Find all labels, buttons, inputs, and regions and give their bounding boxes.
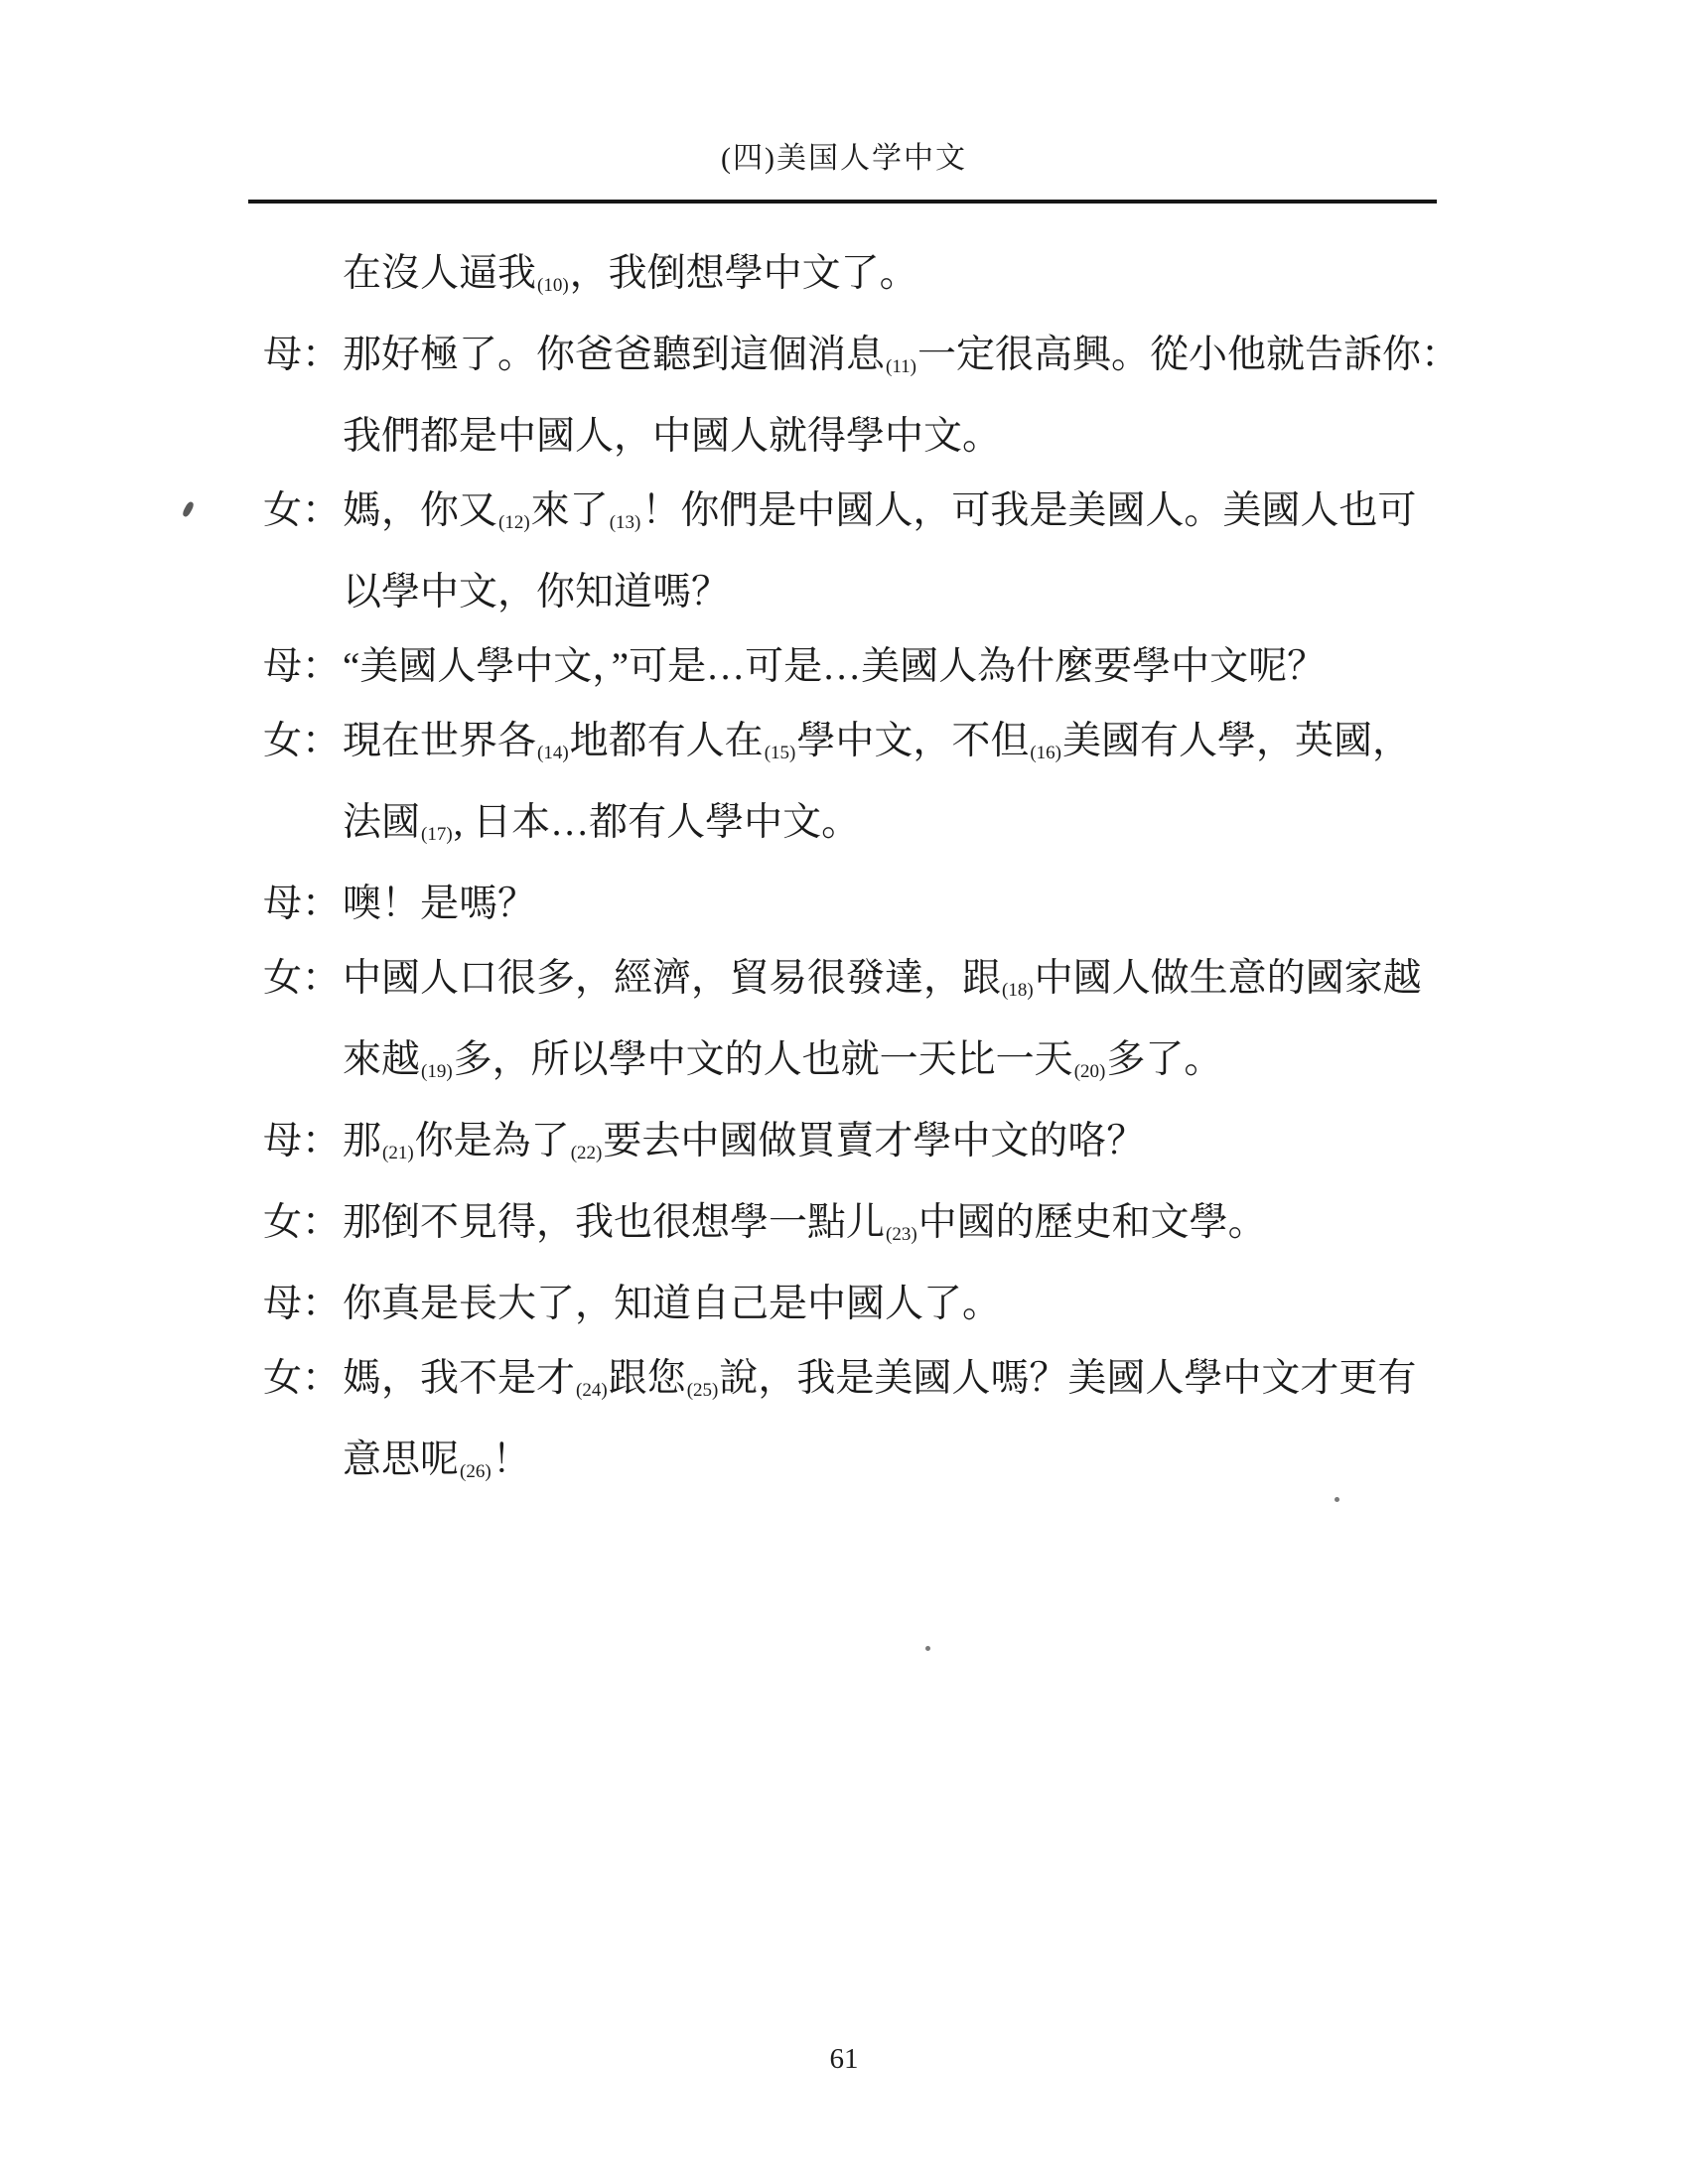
footnote-ref: (19) [420,1061,454,1082]
dialogue-lines: “美國人學中文，”可是…可是…美國人為什麼要學中文呢？ [343,629,1475,704]
dialogue-lines: 在沒人逼我(10)，我倒想學中文了。 [343,236,1475,318]
footnote-ref: (20) [1073,1061,1107,1082]
dialogue-line: 媽，你又(12)來了(13)！你們是中國人，可我是美國人。美國人也可 [343,474,1475,555]
dialogue-line: 噢！是嗎？ [343,867,1475,941]
dialogue-entry: 母：“美國人學中文，”可是…可是…美國人為什麼要學中文呢？ [263,629,1475,704]
header-divider [248,200,1437,204]
dialogue-line: 意思呢(26)！ [343,1423,1475,1504]
speaker-label: 母： [263,867,343,941]
footnote-ref: (16) [1029,743,1062,763]
dialogue-lines: 你真是長大了，知道自己是中國人了。 [343,1267,1475,1341]
speaker-label: 母： [263,629,343,704]
dialogue-body: 在沒人逼我(10)，我倒想學中文了。母：那好極了。你爸爸聽到這個消息(11)一定… [263,236,1475,1504]
speaker-label: 母： [263,318,343,392]
footnote-ref: (17) [420,824,454,845]
dialogue-line: 媽，我不是才(24)跟您(25)說，我是美國人嗎？美國人學中文才更有 [343,1341,1475,1423]
dialogue-lines: 那好極了。你爸爸聽到這個消息(11)一定很高興。從小他就告訴你：我們都是中國人，… [343,318,1475,474]
speaker-label: 女： [263,941,343,1016]
scan-speck [1335,1497,1339,1502]
footnote-ref: (13) [609,512,642,533]
dialogue-line: 那好極了。你爸爸聽到這個消息(11)一定很高興。從小他就告訴你： [343,318,1475,399]
dialogue-entry: 女：媽，我不是才(24)跟您(25)說，我是美國人嗎？美國人學中文才更有意思呢(… [263,1341,1475,1504]
footnote-ref: (22) [570,1143,604,1163]
footnote-ref: (10) [536,275,570,296]
dialogue-entry: 母：你真是長大了，知道自己是中國人了。 [263,1267,1475,1341]
dialogue-line: 現在世界各(14)地都有人在(15)學中文，不但(16)美國有人學，英國， [343,704,1475,785]
dialogue-line: 中國人口很多，經濟，貿易很發達，跟(18)中國人做生意的國家越 [343,941,1475,1023]
dialogue-line: 在沒人逼我(10)，我倒想學中文了。 [343,236,1475,318]
dialogue-entry: 女：那倒不見得，我也很想學一點儿(23)中國的歷史和文學。 [263,1185,1475,1267]
footnote-ref: (12) [497,512,531,533]
dialogue-entry: 母：那(21)你是為了(22)要去中國做買賣才學中文的咯？ [263,1104,1475,1185]
dialogue-lines: 那(21)你是為了(22)要去中國做買賣才學中文的咯？ [343,1104,1475,1185]
dialogue-entry: 在沒人逼我(10)，我倒想學中文了。 [263,236,1475,318]
dialogue-lines: 媽，你又(12)來了(13)！你們是中國人，可我是美國人。美國人也可以學中文，你… [343,474,1475,629]
speaker-label: 女： [263,1341,343,1416]
footnote-ref: (23) [885,1224,918,1245]
footnote-ref: (24) [575,1380,609,1401]
footnote-ref: (11) [885,356,917,377]
dialogue-entry: 母：那好極了。你爸爸聽到這個消息(11)一定很高興。從小他就告訴你：我們都是中國… [263,318,1475,474]
footnote-ref: (26) [459,1461,492,1482]
speaker-label: 母： [263,1267,343,1341]
page-title: (四)美国人学中文 [0,133,1688,177]
footnote-ref: (18) [1001,980,1035,1001]
dialogue-lines: 媽，我不是才(24)跟您(25)說，我是美國人嗎？美國人學中文才更有意思呢(26… [343,1341,1475,1504]
dialogue-line: 那(21)你是為了(22)要去中國做買賣才學中文的咯？ [343,1104,1475,1185]
dialogue-lines: 那倒不見得，我也很想學一點儿(23)中國的歷史和文學。 [343,1185,1475,1267]
dialogue-line: 來越(19)多，所以學中文的人也就一天比一天(20)多了。 [343,1023,1475,1104]
speaker-label: 女： [263,1185,343,1260]
dialogue-lines: 中國人口很多，經濟，貿易很發達，跟(18)中國人做生意的國家越來越(19)多，所… [343,941,1475,1104]
book-page: (四)美国人学中文 在沒人逼我(10)，我倒想學中文了。母：那好極了。你爸爸聽到… [0,0,1688,2184]
scan-speck [182,500,196,517]
dialogue-entry: 女：中國人口很多，經濟，貿易很發達，跟(18)中國人做生意的國家越來越(19)多… [263,941,1475,1104]
footnote-ref: (15) [764,743,797,763]
speaker-label: 母： [263,1104,343,1178]
dialogue-line: “美國人學中文，”可是…可是…美國人為什麼要學中文呢？ [343,629,1475,704]
dialogue-line: 你真是長大了，知道自己是中國人了。 [343,1267,1475,1341]
dialogue-line: 那倒不見得，我也很想學一點儿(23)中國的歷史和文學。 [343,1185,1475,1267]
speaker-label: 女： [263,704,343,778]
footnote-ref: (21) [381,1143,415,1163]
dialogue-line: 我們都是中國人，中國人就得學中文。 [343,399,1475,474]
dialogue-line: 法國(17), 日本…都有人學中文。 [343,785,1475,867]
dialogue-entry: 女：現在世界各(14)地都有人在(15)學中文，不但(16)美國有人學，英國，法… [263,704,1475,867]
dialogue-entry: 女：媽，你又(12)來了(13)！你們是中國人，可我是美國人。美國人也可以學中文… [263,474,1475,629]
footnote-ref: (25) [686,1380,720,1401]
page-number: 61 [0,2043,1688,2076]
footnote-ref: (14) [536,743,570,763]
dialogue-lines: 噢！是嗎？ [343,867,1475,941]
dialogue-line: 以學中文，你知道嗎？ [343,555,1475,629]
dialogue-entry: 母：噢！是嗎？ [263,867,1475,941]
scan-speck [925,1646,930,1651]
speaker-label: 女： [263,474,343,548]
dialogue-lines: 現在世界各(14)地都有人在(15)學中文，不但(16)美國有人學，英國，法國(… [343,704,1475,867]
